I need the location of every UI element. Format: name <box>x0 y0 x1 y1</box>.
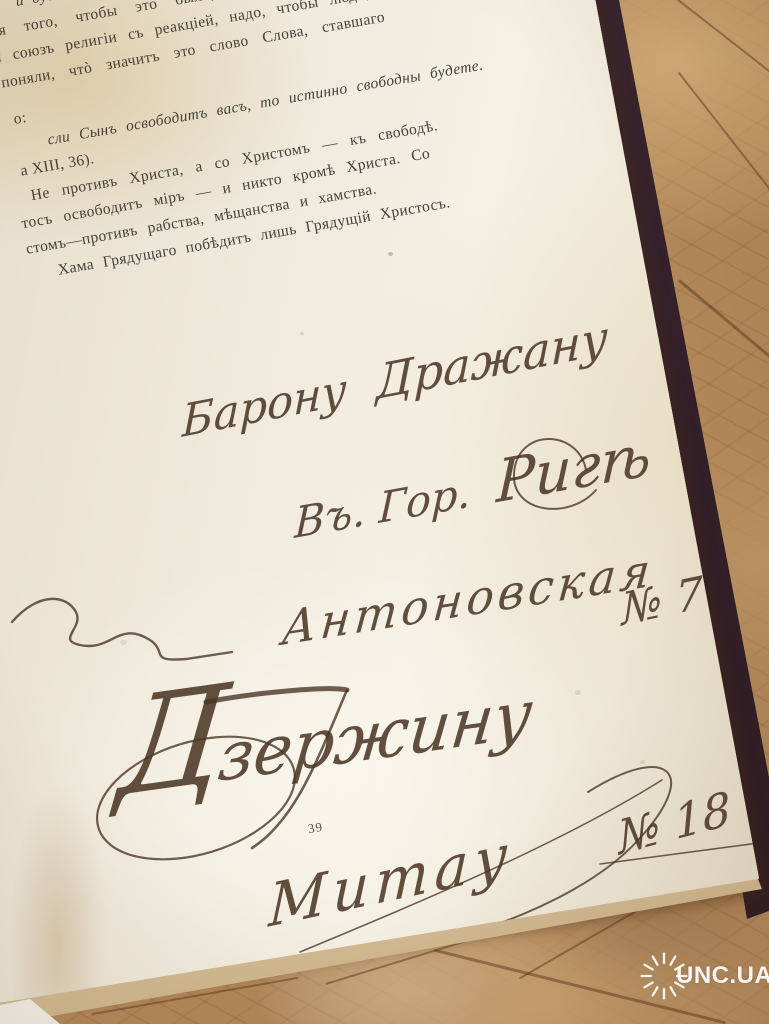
printed-text-block: и бу̀ди, бу̀ди!“ ля того, чтобы это было… <box>0 0 769 288</box>
age-spot <box>388 252 393 256</box>
handwritten-number: № 18 <box>616 781 733 866</box>
age-spot <box>640 760 645 764</box>
handwritten-city-name: Митау <box>268 819 515 941</box>
age-spot <box>702 548 708 553</box>
book-page: и бу̀ди, бу̀ди!“ ля того, чтобы это было… <box>0 0 769 1024</box>
handwritten-dedication-line2: Въ. Гор.Ригѣ <box>294 420 653 552</box>
handwritten-street-name: Антоновская <box>280 542 657 656</box>
handwritten-word: Въ. Гор. <box>294 467 472 548</box>
age-spot <box>120 640 127 645</box>
age-spot <box>300 332 304 335</box>
page-number: 39 <box>307 819 325 837</box>
age-spot <box>575 690 581 695</box>
watermark: UNC.UA <box>638 946 769 1006</box>
sunburst-icon <box>638 950 690 1002</box>
photo-of-book-page: { "print": { "lines": [ "и бу̀ди, бу̀ди!… <box>0 0 769 1024</box>
handwritten-word: зержину <box>214 674 536 797</box>
handwritten-name-large: Дзержину <box>114 638 540 812</box>
page-shadow-wrap: и бу̀ди, бу̀ди!“ ля того, чтобы это было… <box>0 0 769 1024</box>
handwritten-word: Барону <box>182 364 348 448</box>
handwritten-word: Дражану <box>376 310 609 411</box>
handwritten-dedication-line1: БаронуДражану <box>181 310 608 449</box>
handwritten-word: Ригѣ <box>495 420 652 517</box>
handwritten-ornate-initial: Д <box>112 656 229 828</box>
